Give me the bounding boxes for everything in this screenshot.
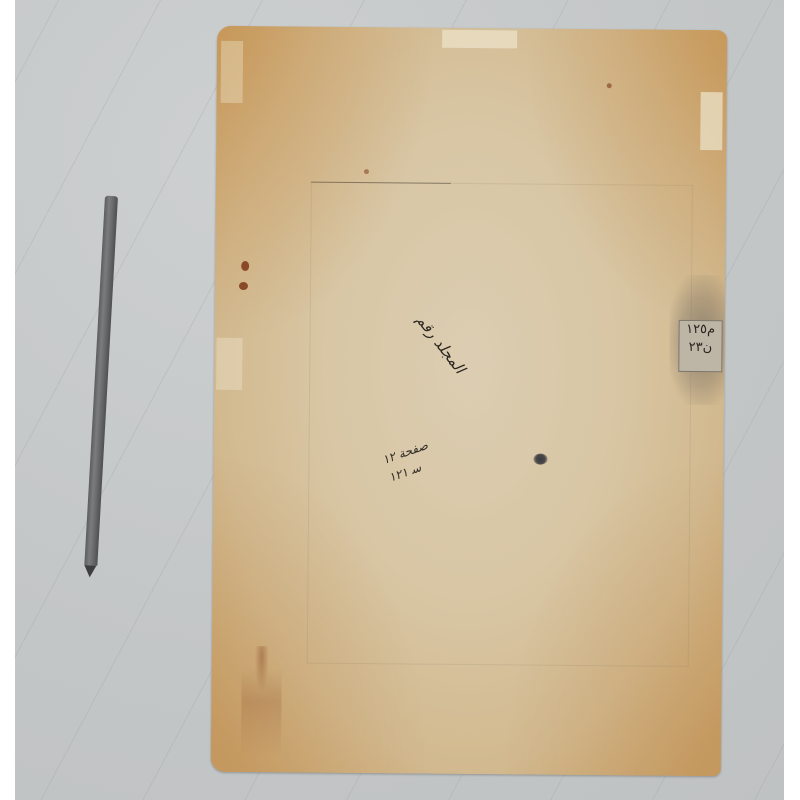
seal-text-line-1: ﻡ١٢٥ [680, 321, 722, 339]
photograph: ﺍﻟﻤﺠﻠﺪ ﺭﻗﻢ ﺻﻔﺤﺔ ١٢ ﺳ ١٢١ ﻡ١٢٥ ﻥ٢٣ Revers… [15, 0, 784, 800]
pencil [84, 196, 118, 566]
tape-remnant-right [700, 92, 723, 150]
stamp-seal: ﻡ١٢٥ ﻥ٢٣ [678, 320, 722, 372]
rust-stain [239, 282, 248, 290]
rust-stain [364, 169, 369, 174]
ruled-frame [307, 182, 693, 667]
tape-remnant-left [221, 41, 244, 103]
seal-text-line-2: ﻥ٢٣ [679, 339, 721, 357]
rust-stain [241, 261, 249, 271]
rust-stain [607, 83, 612, 88]
foxing-stain [241, 646, 282, 756]
ink-blot [533, 454, 547, 465]
manuscript-leaf: ﺍﻟﻤﺠﻠﺪ ﺭﻗﻢ ﺻﻔﺤﺔ ١٢ ﺳ ١٢١ ﻡ١٢٥ ﻥ٢٣ [211, 26, 727, 776]
tape-remnant-left-mid [216, 338, 242, 390]
tape-remnant-top [442, 30, 517, 49]
pencil-tip [84, 565, 97, 578]
